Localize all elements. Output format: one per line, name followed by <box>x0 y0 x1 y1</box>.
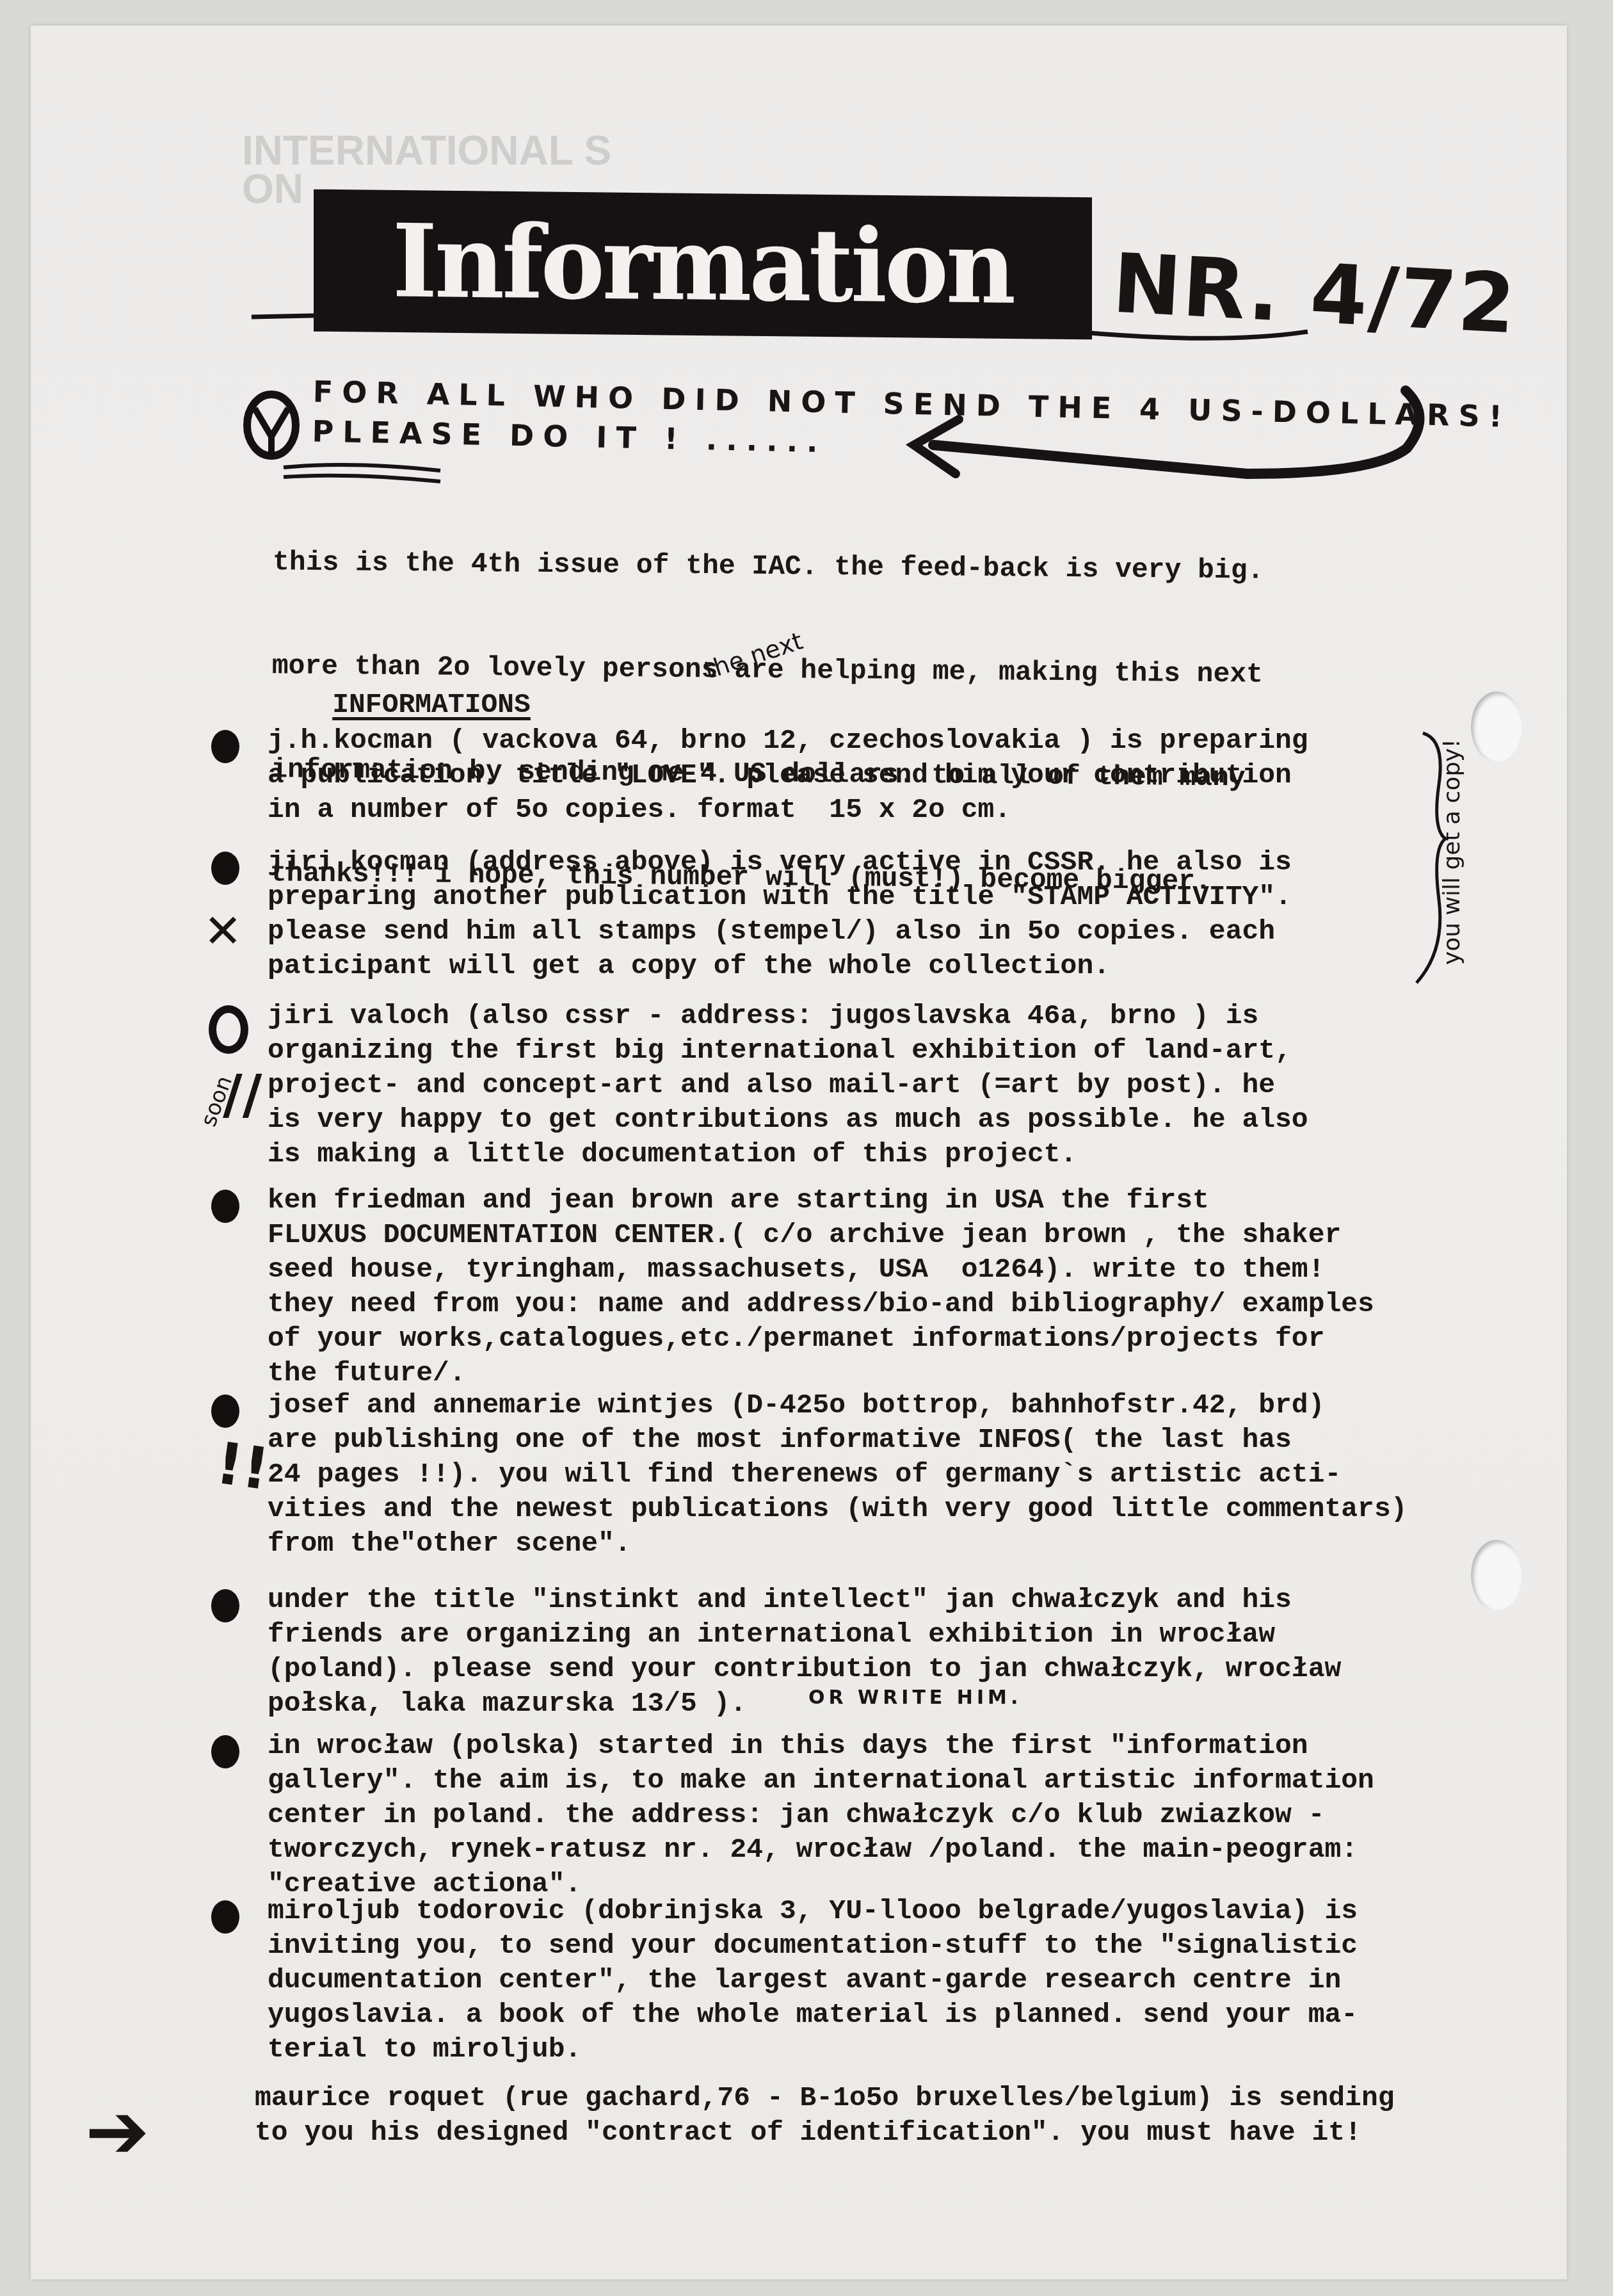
intro-line: this is the 4th issue of the IAC. the fe… <box>273 545 1264 588</box>
info-item-line: friends are organizing an international … <box>268 1617 1341 1652</box>
info-item-line: organizing the first big international e… <box>268 1033 1308 1068</box>
info-item-line: j.h.kocman ( vackova 64, brno 12, czecho… <box>268 724 1308 758</box>
bullet-dot-icon <box>211 1900 239 1934</box>
arrow-right-icon: ➔ <box>85 2087 150 2176</box>
margin-note-copy: you will get a copy! <box>1439 718 1465 987</box>
info-item-line: vities and the newest publications (with… <box>268 1492 1408 1526</box>
info-item: josef and annemarie wintjes (D-425o bott… <box>268 1388 1408 1561</box>
double-exclamation-icon: !! <box>212 1430 273 1503</box>
info-item-line: a publication. title "LOVE". please send… <box>268 758 1308 793</box>
info-item-line: połska, laka mazurska 13/5 ). <box>268 1686 1341 1721</box>
double-slash-mark: // <box>223 1063 262 1126</box>
bullet-dot-icon <box>211 730 239 763</box>
info-item-line: to you his designed "contract of identif… <box>255 2115 1395 2150</box>
bullet-dot-icon <box>211 852 239 885</box>
info-item-line: please send him all stamps (stempel/) al… <box>268 914 1292 949</box>
info-item-line: tworczych, rynek-ratusz nr. 24, wrocław … <box>268 1832 1374 1867</box>
info-item-line: 24 pages !!). you will find therenews of… <box>268 1457 1408 1492</box>
info-item-line: project- and concept-art and also mail-a… <box>268 1068 1308 1103</box>
info-item-line: terial to miroljub. <box>268 2032 1358 2067</box>
info-item-line: from the"other scene". <box>268 1526 1408 1561</box>
info-item-line: ken friedman and jean brown are starting… <box>268 1183 1374 1218</box>
info-item-line: inviting you, to send your documentation… <box>268 1928 1358 1963</box>
info-item: jiri valoch (also cssr - address: jugosl… <box>268 999 1308 1172</box>
info-item-line: miroljub todorovic (dobrinjska 3, YU-llo… <box>268 1894 1358 1928</box>
info-item: in wrocław (polska) started in this days… <box>268 1729 1374 1902</box>
info-item: maurice roquet (rue gachard,76 - B-1o5o … <box>255 2081 1395 2150</box>
info-item-line: is very happy to get contributions as mu… <box>268 1103 1308 1137</box>
informations-heading: INFORMATIONS <box>332 689 531 720</box>
info-item-line: are publishing one of the most informati… <box>268 1423 1408 1457</box>
info-item-line: center in poland. the address: jan chwał… <box>268 1798 1374 1832</box>
handwritten-addition: OR WRITE HIM. <box>808 1686 1022 1709</box>
bullet-dot-icon <box>211 1589 239 1622</box>
info-item-line: (poland). please send your contribution … <box>268 1652 1341 1686</box>
info-item-line: in a number of 5o copies. format 15 x 2o… <box>268 793 1308 827</box>
info-item-line: seed house, tyringham, massachusets, USA… <box>268 1252 1374 1287</box>
info-item-line: FLUXUS DOCUMENTATION CENTER.( c/o archiv… <box>268 1218 1374 1252</box>
info-item: j.h.kocman ( vackova 64, brno 12, czecho… <box>268 724 1308 827</box>
bullet-dot-icon <box>211 1735 239 1768</box>
info-item-line: preparing another publication with the t… <box>268 880 1292 914</box>
info-item-line: jiri kocman (address above) is very acti… <box>268 845 1292 880</box>
info-item: jiri kocman (address above) is very acti… <box>268 845 1292 983</box>
info-item: miroljub todorovic (dobrinjska 3, YU-llo… <box>268 1894 1358 2067</box>
info-item-line: in wrocław (polska) started in this days… <box>268 1729 1374 1763</box>
x-mark-icon: ✕ <box>204 904 242 958</box>
bullet-dot-icon <box>211 1395 239 1428</box>
info-item-line: paticipant will get a copy of the whole … <box>268 949 1292 983</box>
info-item-line: the future/. <box>268 1356 1374 1391</box>
info-item-line: under the title "instinkt and intellect"… <box>268 1583 1341 1617</box>
bullet-dot-icon <box>211 1190 239 1223</box>
peace-sign-icon <box>242 389 301 461</box>
binder-hole-bottom <box>1471 1540 1522 1610</box>
info-item-line: josef and annemarie wintjes (D-425o bott… <box>268 1388 1408 1423</box>
document-page: INTERNATIONAL S ON Information NR. 4/72 … <box>31 26 1567 2279</box>
info-item-line: maurice roquet (rue gachard,76 - B-1o5o … <box>255 2081 1395 2115</box>
info-item-line: they need from you: name and address/bio… <box>268 1287 1374 1322</box>
info-item-line: is making a little documentation of this… <box>268 1137 1308 1172</box>
info-item-line: yugoslavia. a book of the whole material… <box>268 1998 1358 2032</box>
info-item-line: of your works,catalogues,etc./permanet i… <box>268 1322 1374 1356</box>
circle-mark-icon <box>209 1005 248 1054</box>
info-item-line: ducumentation center", the largest avant… <box>268 1963 1358 1998</box>
info-item-line: jiri valoch (also cssr - address: jugosl… <box>268 999 1308 1033</box>
binder-hole-top <box>1471 691 1522 762</box>
info-item-line: gallery". the aim is, to make an interna… <box>268 1763 1374 1798</box>
info-item: under the title "instinkt and intellect"… <box>268 1583 1341 1721</box>
info-item: ken friedman and jean brown are starting… <box>268 1183 1374 1391</box>
